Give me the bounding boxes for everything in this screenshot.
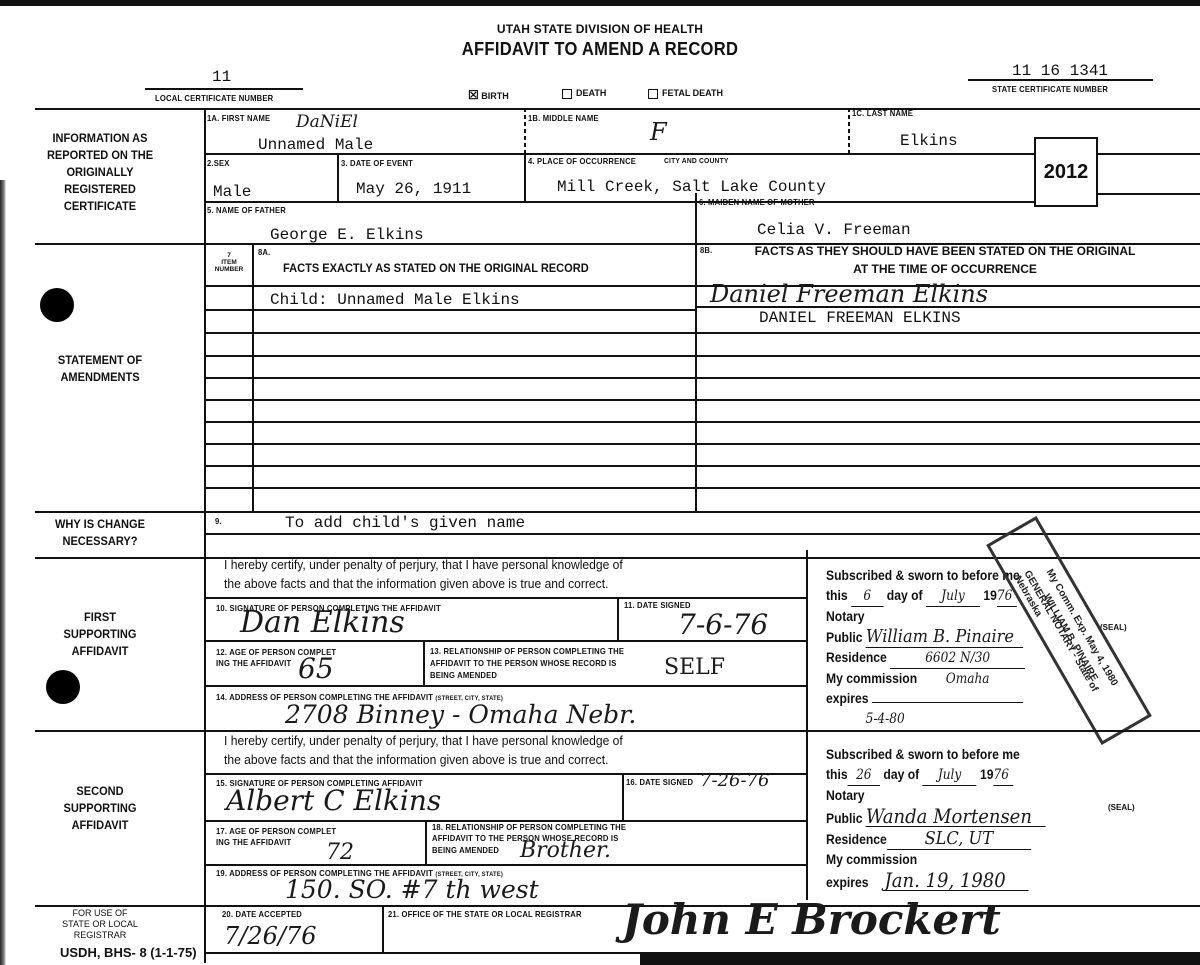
notary-expires-line: expires: [826, 689, 1025, 709]
middle-name-label: 1B. MIDDLE NAME: [528, 113, 599, 123]
commission-label: My commission: [826, 671, 917, 686]
year-prefix: 19: [980, 767, 994, 782]
notary-month: July: [923, 765, 977, 786]
first-rel-label-3: BEING AMENDED: [430, 670, 497, 680]
last-name-label: 1C. LAST NAME: [852, 108, 913, 118]
middle-name-handwritten: F: [650, 118, 667, 146]
notary-day: 26: [848, 765, 880, 786]
second-label-2: SUPPORTING: [45, 800, 155, 817]
first-rel-label-2: AFFIDAVIT TO THE PERSON WHOSE RECORD IS: [430, 658, 617, 668]
reason-label-2: NECESSARY?: [45, 533, 155, 550]
expires-label: expires: [826, 875, 869, 890]
punch-hole: [40, 288, 74, 322]
local-cert-number: 11: [212, 68, 231, 86]
first-name-label: 1A. FIRST NAME: [207, 113, 270, 123]
col-b-header-1: FACTS AS THEY SHOULD HAVE BEEN STATED ON…: [700, 242, 1190, 260]
day-of-label: day of: [883, 767, 919, 782]
notary-commission-line: My commission Omaha: [826, 669, 1025, 689]
notary-residence-line: ResidenceSLC, UT: [826, 829, 1046, 850]
notary-sworn-line: Subscribed & sworn to before me: [826, 566, 1025, 586]
notary-public-line: Public William B. Pinaire: [826, 627, 1025, 648]
first-address-value: 2708 Binney - Omaha Nebr.: [285, 700, 636, 729]
item-number-header: 7 ITEM NUMBER: [207, 252, 251, 273]
notary-label: Notary: [826, 786, 1046, 806]
scan-edge-left: [0, 180, 6, 965]
notary-expires: Jan. 19, 1980: [885, 870, 1029, 891]
second-age-value: 72: [326, 840, 354, 865]
first-label-3: AFFIDAVIT: [45, 643, 155, 660]
place-value: Mill Creek, Salt Lake County: [557, 178, 826, 196]
mother-value: Celia V. Freeman: [757, 221, 911, 239]
record-type-birth[interactable]: ☒ BIRTH: [468, 88, 509, 102]
notary-residence-line: Residence 6602 N/30: [826, 648, 1025, 669]
reason-value: To add child's given name: [285, 514, 525, 532]
punch-hole: [46, 670, 80, 704]
place-sublabel: CITY AND COUNTY: [664, 156, 729, 165]
birth-label: BIRTH: [481, 91, 509, 101]
item-num: 7: [207, 252, 251, 259]
page-number-box: 2012: [1034, 137, 1098, 207]
father-label: 5. NAME OF FATHER: [207, 205, 286, 215]
first-name-handwritten: DaNiEl: [296, 112, 358, 132]
certify-line-2: the above facts and that the information…: [224, 750, 623, 769]
first-name-value: Unnamed Male: [258, 136, 373, 154]
second-date-value: 7-26-76: [700, 770, 769, 791]
notary-label: Notary: [826, 607, 1025, 627]
notary-year: 76: [993, 765, 1013, 786]
date-accepted-label: 20. DATE ACCEPTED: [222, 909, 302, 919]
state-cert-label: STATE CERTIFICATE NUMBER: [992, 84, 1108, 94]
notary-date-line: this 6 day of July 1976: [826, 586, 1025, 607]
fetal-death-label: FETAL DEATH: [662, 88, 723, 98]
notary-commission-city: Omaha: [946, 671, 990, 687]
date-of-event-label: 3. DATE OF EVENT: [341, 158, 413, 168]
sex-label: 2.SEX: [207, 158, 230, 168]
year-prefix: 19: [983, 588, 997, 603]
notary-sworn-line: Subscribed & sworn to before me: [826, 745, 1046, 765]
registrar-office-label: 21. OFFICE OF THE STATE OR LOCAL REGISTR…: [388, 909, 582, 919]
registrar-label-3: REGISTRAR: [40, 930, 160, 941]
place-label: 4. PLACE OF OCCURRENCE: [528, 156, 636, 166]
local-cert-label: LOCAL CERTIFICATE NUMBER: [155, 93, 273, 103]
checkbox-icon: [562, 89, 572, 99]
first-notary-block: Subscribed & sworn to before me this 6 d…: [826, 566, 1025, 729]
notary-month: July: [926, 586, 980, 607]
date-accepted-value: 7/26/76: [224, 922, 317, 950]
notary-day: 6: [851, 586, 883, 607]
certify-line-1: I hereby certify, under penalty of perju…: [224, 731, 623, 750]
first-rel-label-1: 13. RELATIONSHIP OF PERSON COMPLETING TH…: [430, 646, 624, 656]
second-certify-text: I hereby certify, under penalty of perju…: [224, 731, 623, 769]
first-affidavit-section-label: FIRST SUPPORTING AFFIDAVIT: [45, 609, 155, 660]
certify-line-1: I hereby certify, under penalty of perju…: [224, 555, 623, 574]
record-type-death[interactable]: DEATH: [562, 88, 606, 99]
first-age-label-2: ING THE AFFIDAVIT: [216, 658, 291, 668]
second-relationship-value: Brother.: [520, 838, 611, 863]
second-date-label: 16. DATE SIGNED: [626, 777, 693, 787]
notary-residence: 6602 N/30: [890, 648, 1025, 669]
first-relationship-value: SELF: [664, 655, 725, 680]
residence-label: Residence: [826, 650, 887, 665]
form-id: USDH, BHS- 8 (1-1-75): [60, 945, 197, 960]
expires-label: expires: [826, 691, 869, 706]
day-of-label: day of: [887, 588, 923, 603]
notary-public-line: Public Wanda Mortensen: [826, 806, 1046, 829]
notary-date-line: this26 day of July 1976: [826, 765, 1046, 786]
public-label: Public: [826, 630, 862, 645]
item-label: ITEM NUMBER: [207, 259, 251, 273]
record-type-fetal-death[interactable]: FETAL DEATH: [648, 88, 723, 99]
notary-expires-line: expires Jan. 19, 1980: [826, 870, 1046, 893]
scan-edge-top: [0, 0, 1200, 6]
second-signature[interactable]: Albert C Elkins: [226, 784, 441, 817]
col-a-header: FACTS EXACTLY AS STATED ON THE ORIGINAL …: [283, 261, 589, 275]
certify-line-2: the above facts and that the information…: [224, 574, 623, 593]
first-label-2: SUPPORTING: [45, 626, 155, 643]
registrar-label-2: STATE OR LOCAL: [40, 919, 160, 930]
date-of-event-value: May 26, 1911: [356, 180, 471, 198]
public-label: Public: [826, 811, 862, 826]
agency-name: UTAH STATE DIVISION OF HEALTH: [0, 22, 1200, 36]
seal-label: (SEAL): [1100, 623, 1127, 632]
second-age-label-2: ING THE AFFIDAVIT: [216, 837, 291, 847]
reason-num: 9.: [215, 516, 222, 526]
notary-signature: Wanda Mortensen: [866, 806, 1046, 827]
scan-edge-bottom: [640, 952, 1200, 965]
this-label: this: [826, 588, 848, 603]
first-certify-text: I hereby certify, under penalty of perju…: [224, 555, 623, 593]
first-signature[interactable]: Dan Elkins: [240, 605, 405, 640]
form-title: AFFIDAVIT TO AMEND A RECORD: [48, 39, 1152, 60]
residence-label: Residence: [826, 832, 887, 847]
commission-label: My commission: [826, 850, 1046, 870]
notary-signature: William B. Pinaire: [866, 627, 1024, 648]
notary-residence: SLC, UT: [887, 829, 1031, 850]
col-b-header-2: AT THE TIME OF OCCURRENCE: [700, 260, 1190, 278]
last-name-value: Elkins: [900, 132, 958, 150]
sex-value: Male: [213, 183, 251, 201]
reason-label-1: WHY IS CHANGE: [45, 516, 155, 533]
father-value: George E. Elkins: [270, 226, 424, 244]
death-label: DEATH: [576, 88, 606, 98]
mother-label: 6. MAIDEN NAME OF MOTHER: [699, 197, 815, 207]
registrar-signature: John E Brockert: [622, 895, 1001, 944]
first-age-value: 65: [298, 652, 334, 685]
registrar-label-1: FOR USE OF: [40, 908, 160, 919]
original-info-section-label: INFORMATION AS REPORTED ON THE ORIGINALL…: [45, 130, 155, 215]
registrar-section-label: FOR USE OF STATE OR LOCAL REGISTRAR: [40, 908, 160, 941]
second-address-value: 150. SO. #7 th west: [285, 875, 539, 904]
second-label-3: AFFIDAVIT: [45, 817, 155, 834]
col-a-num: 8A.: [258, 247, 270, 257]
this-label: this: [826, 767, 848, 782]
amendment-row1-corrected-handwritten: Daniel Freeman Elkins: [710, 280, 988, 308]
checkbox-icon: [648, 89, 658, 99]
col-b-header: FACTS AS THEY SHOULD HAVE BEEN STATED ON…: [700, 242, 1190, 278]
second-rel-label-3: BEING AMENDED: [432, 845, 499, 855]
second-affidavit-section-label: SECOND SUPPORTING AFFIDAVIT: [45, 783, 155, 834]
amendments-section-label: STATEMENT OF AMENDMENTS: [45, 352, 155, 386]
second-label-1: SECOND: [45, 783, 155, 800]
first-date-value: 7-6-76: [678, 608, 768, 641]
state-cert-number: 11 16 1341: [1012, 62, 1108, 80]
notary-expires: 5-4-80: [866, 709, 1026, 729]
reason-section-label: WHY IS CHANGE NECESSARY?: [45, 516, 155, 550]
amendment-row1-corrected-typed: DANIEL FREEMAN ELKINS: [759, 309, 961, 327]
seal-label: (SEAL): [1108, 803, 1135, 812]
second-age-label-1: 17. AGE OF PERSON COMPLET: [216, 826, 336, 836]
expires-underline: [872, 702, 1023, 703]
checked-box-icon: ☒: [468, 88, 479, 102]
second-notary-block: Subscribed & sworn to before me this26 d…: [826, 745, 1046, 893]
amendment-row1-original: Child: Unnamed Male Elkins: [270, 291, 520, 309]
first-label-1: FIRST: [45, 609, 155, 626]
second-rel-label-1: 18. RELATIONSHIP OF PERSON COMPLETING TH…: [432, 822, 626, 832]
